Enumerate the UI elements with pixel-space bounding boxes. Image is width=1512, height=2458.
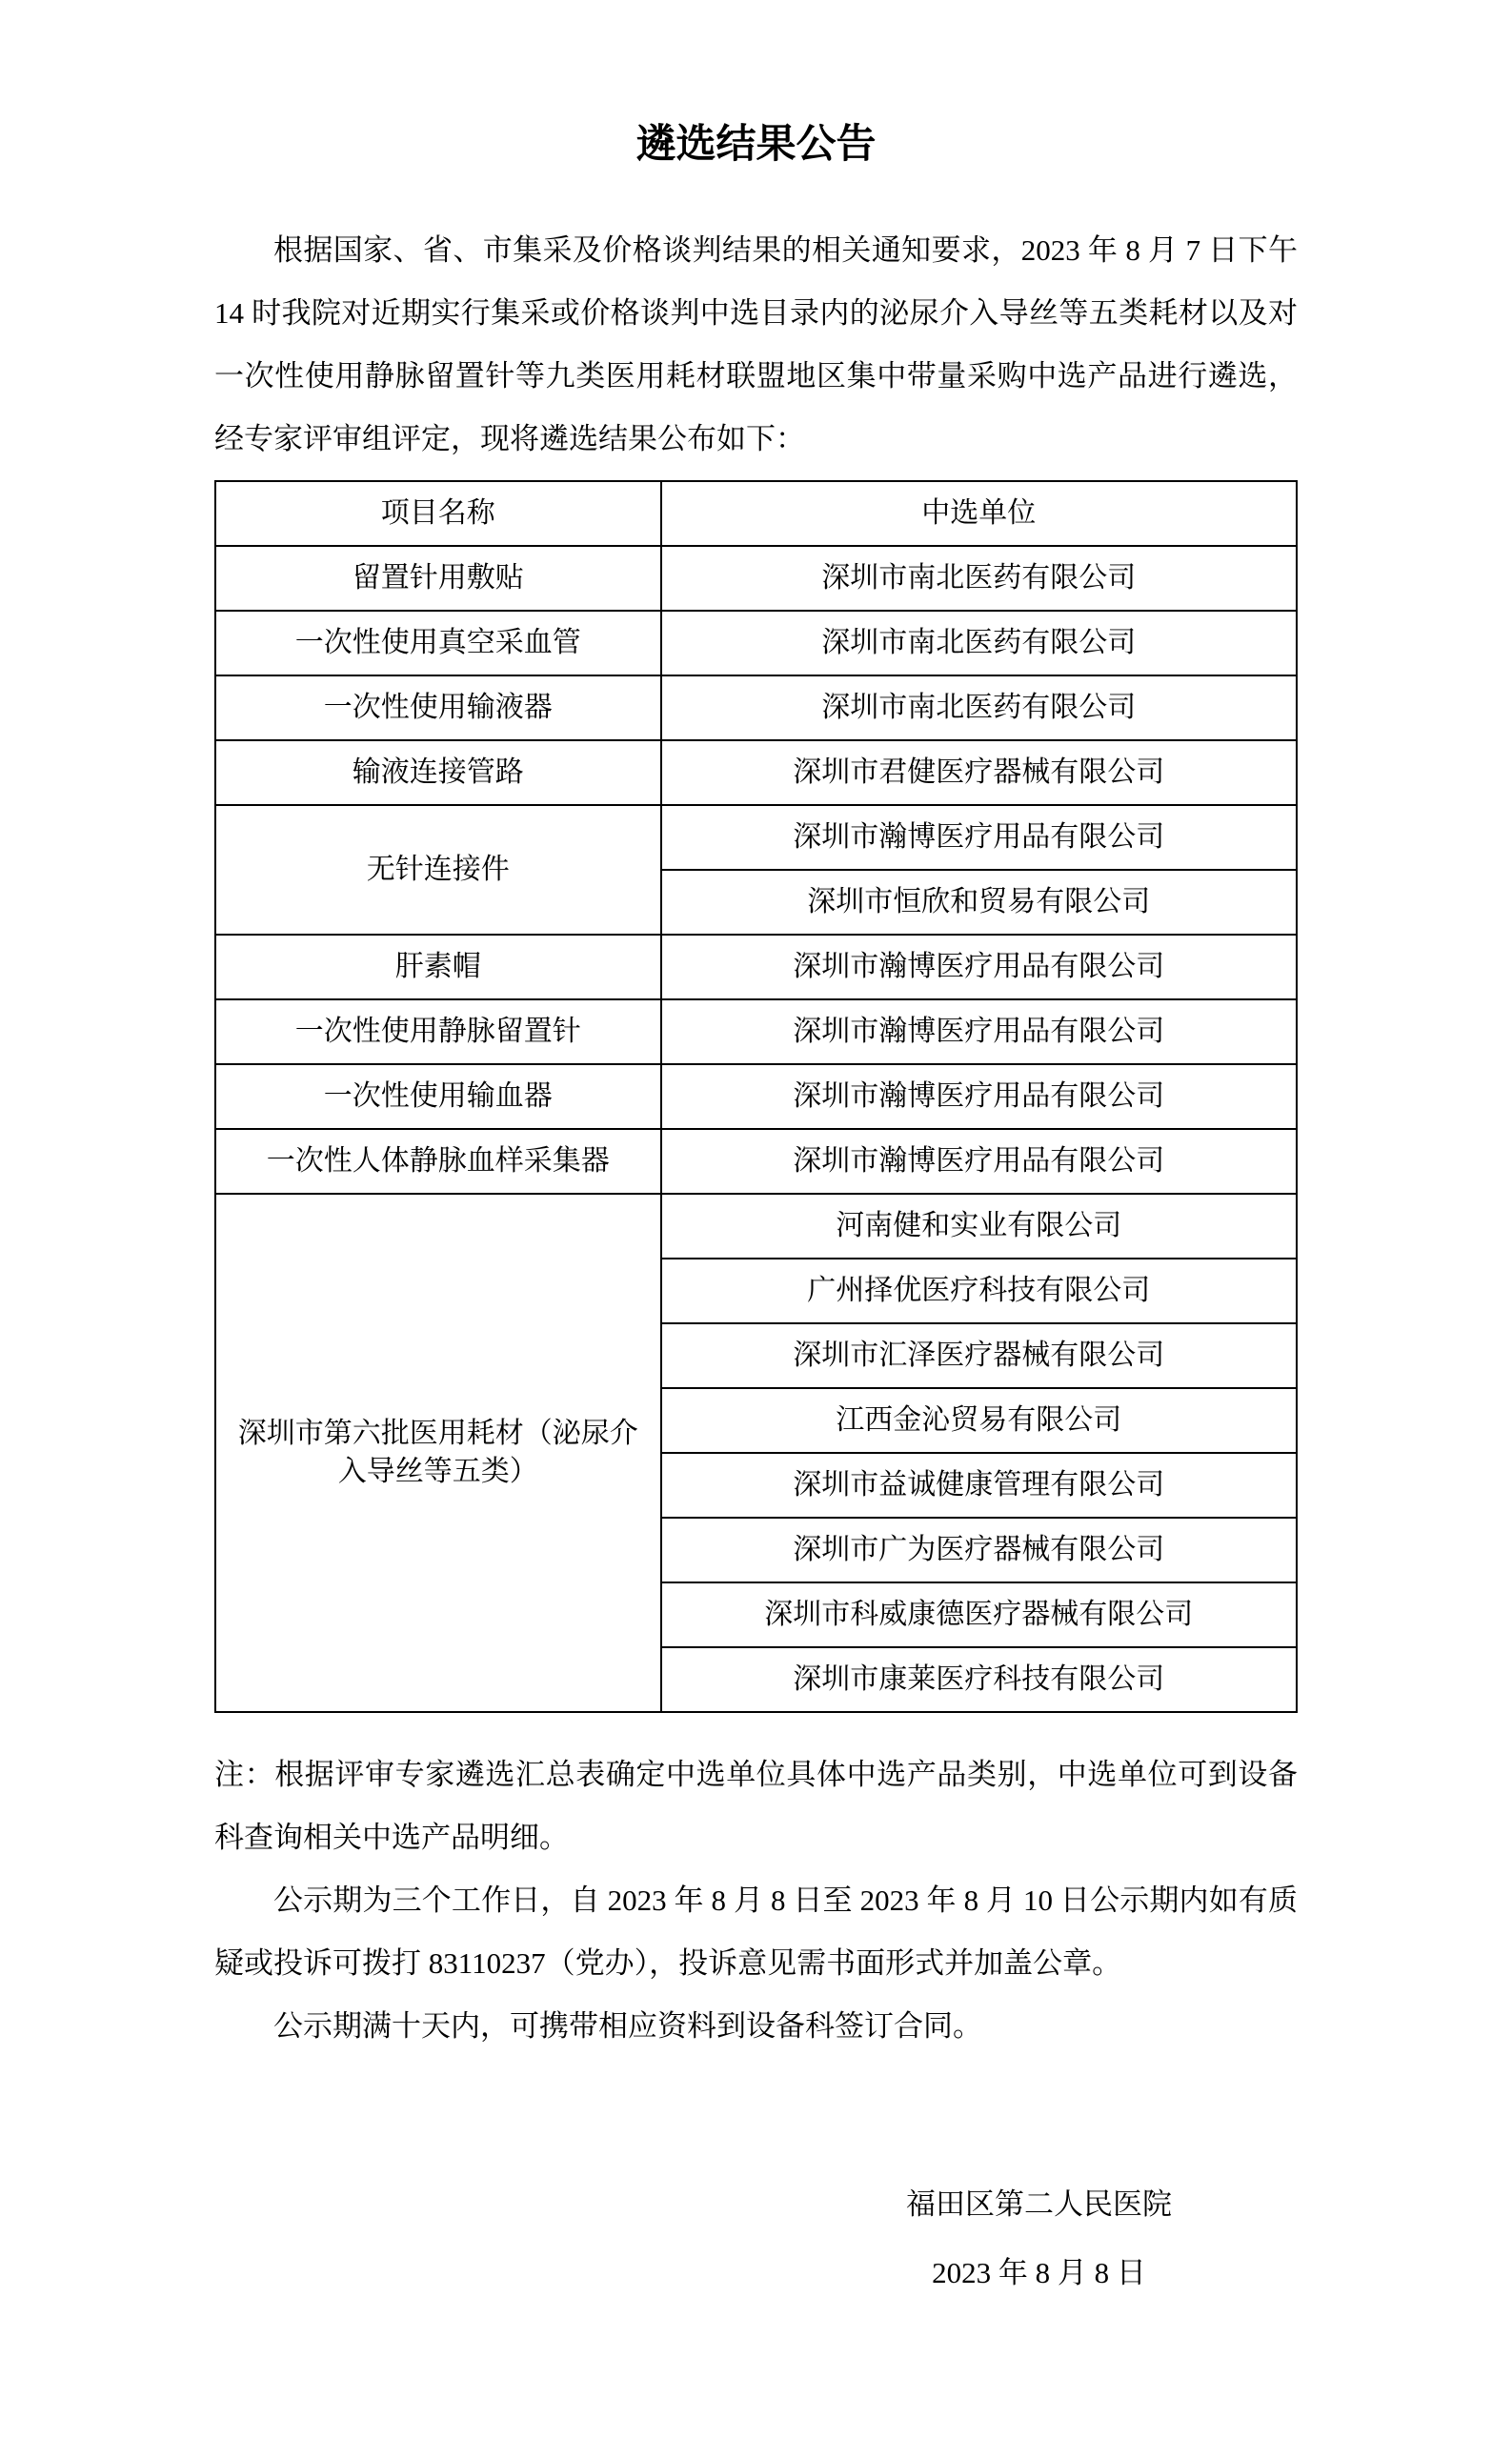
company-name-cell: 深圳市恒欣和贸易有限公司: [661, 870, 1297, 935]
project-name-cell: 一次性使用输血器: [215, 1064, 661, 1129]
table-row: 无针连接件深圳市瀚博医疗用品有限公司: [215, 805, 1297, 870]
note-line-1: 注：根据评审专家遴选汇总表确定中选单位具体中选产品类别，中选单位可到设备科查询相…: [214, 1743, 1298, 1869]
table-row: 一次性使用输血器深圳市瀚博医疗用品有限公司: [215, 1064, 1297, 1129]
note-line-2: 公示期为三个工作日，自 2023 年 8 月 8 日至 2023 年 8 月 1…: [214, 1869, 1298, 1995]
company-name-cell: 深圳市瀚博医疗用品有限公司: [661, 1129, 1297, 1194]
company-name-cell: 深圳市瀚博医疗用品有限公司: [661, 1064, 1297, 1129]
page-title: 遴选结果公告: [214, 120, 1298, 168]
table-row: 一次性人体静脉血样采集器深圳市瀚博医疗用品有限公司: [215, 1129, 1297, 1194]
intro-paragraph: 根据国家、省、市集采及价格谈判结果的相关通知要求，2023 年 8 月 7 日下…: [214, 219, 1298, 471]
header-project-name: 项目名称: [215, 481, 661, 546]
table-row: 肝素帽深圳市瀚博医疗用品有限公司: [215, 935, 1297, 999]
project-name-cell: 一次性使用静脉留置针: [215, 999, 661, 1064]
project-name-cell: 一次性使用真空采血管: [215, 611, 661, 675]
selection-result-table: 项目名称 中选单位 留置针用敷贴深圳市南北医药有限公司一次性使用真空采血管深圳市…: [214, 480, 1298, 1713]
table-header: 项目名称 中选单位: [215, 481, 1297, 546]
signature-org: 福田区第二人民医院: [906, 2170, 1172, 2239]
company-name-cell: 深圳市汇泽医疗器械有限公司: [661, 1323, 1297, 1388]
company-name-cell: 深圳市广为医疗器械有限公司: [661, 1518, 1297, 1582]
table-header-row: 项目名称 中选单位: [215, 481, 1297, 546]
company-name-cell: 深圳市瀚博医疗用品有限公司: [661, 999, 1297, 1064]
project-name-cell: 深圳市第六批医用耗材（泌尿介入导丝等五类）: [215, 1194, 661, 1712]
company-name-cell: 深圳市康莱医疗科技有限公司: [661, 1647, 1297, 1712]
company-name-cell: 深圳市瀚博医疗用品有限公司: [661, 935, 1297, 999]
company-name-cell: 深圳市瀚博医疗用品有限公司: [661, 805, 1297, 870]
table-body: 留置针用敷贴深圳市南北医药有限公司一次性使用真空采血管深圳市南北医药有限公司一次…: [215, 546, 1297, 1712]
company-name-cell: 深圳市君健医疗器械有限公司: [661, 740, 1297, 805]
table-row: 一次性使用静脉留置针深圳市瀚博医疗用品有限公司: [215, 999, 1297, 1064]
document-page: 遴选结果公告 根据国家、省、市集采及价格谈判结果的相关通知要求，2023 年 8…: [0, 0, 1512, 2458]
company-name-cell: 深圳市南北医药有限公司: [661, 546, 1297, 611]
company-name-cell: 深圳市科威康德医疗器械有限公司: [661, 1582, 1297, 1647]
table-row: 深圳市第六批医用耗材（泌尿介入导丝等五类）河南健和实业有限公司: [215, 1194, 1297, 1259]
note-line-3: 公示期满十天内，可携带相应资料到设备科签订合同。: [214, 1995, 1298, 2058]
project-name-cell: 输液连接管路: [215, 740, 661, 805]
company-name-cell: 深圳市南北医药有限公司: [661, 611, 1297, 675]
company-name-cell: 深圳市益诚健康管理有限公司: [661, 1453, 1297, 1518]
table-row: 留置针用敷贴深圳市南北医药有限公司: [215, 546, 1297, 611]
company-name-cell: 江西金沁贸易有限公司: [661, 1388, 1297, 1453]
project-name-cell: 肝素帽: [215, 935, 661, 999]
table-row: 一次性使用真空采血管深圳市南北医药有限公司: [215, 611, 1297, 675]
signature-block: 福田区第二人民医院 2023 年 8 月 8 日: [906, 2170, 1172, 2307]
company-name-cell: 深圳市南北医药有限公司: [661, 675, 1297, 740]
table-row: 一次性使用输液器深圳市南北医药有限公司: [215, 675, 1297, 740]
project-name-cell: 留置针用敷贴: [215, 546, 661, 611]
project-name-cell: 一次性使用输液器: [215, 675, 661, 740]
header-selected-company: 中选单位: [661, 481, 1297, 546]
notes-section: 注：根据评审专家遴选汇总表确定中选单位具体中选产品类别，中选单位可到设备科查询相…: [214, 1743, 1298, 2058]
company-name-cell: 广州择优医疗科技有限公司: [661, 1259, 1297, 1323]
signature-date: 2023 年 8 月 8 日: [906, 2239, 1172, 2307]
project-name-cell: 无针连接件: [215, 805, 661, 935]
project-name-cell: 一次性人体静脉血样采集器: [215, 1129, 661, 1194]
table-row: 输液连接管路深圳市君健医疗器械有限公司: [215, 740, 1297, 805]
company-name-cell: 河南健和实业有限公司: [661, 1194, 1297, 1259]
